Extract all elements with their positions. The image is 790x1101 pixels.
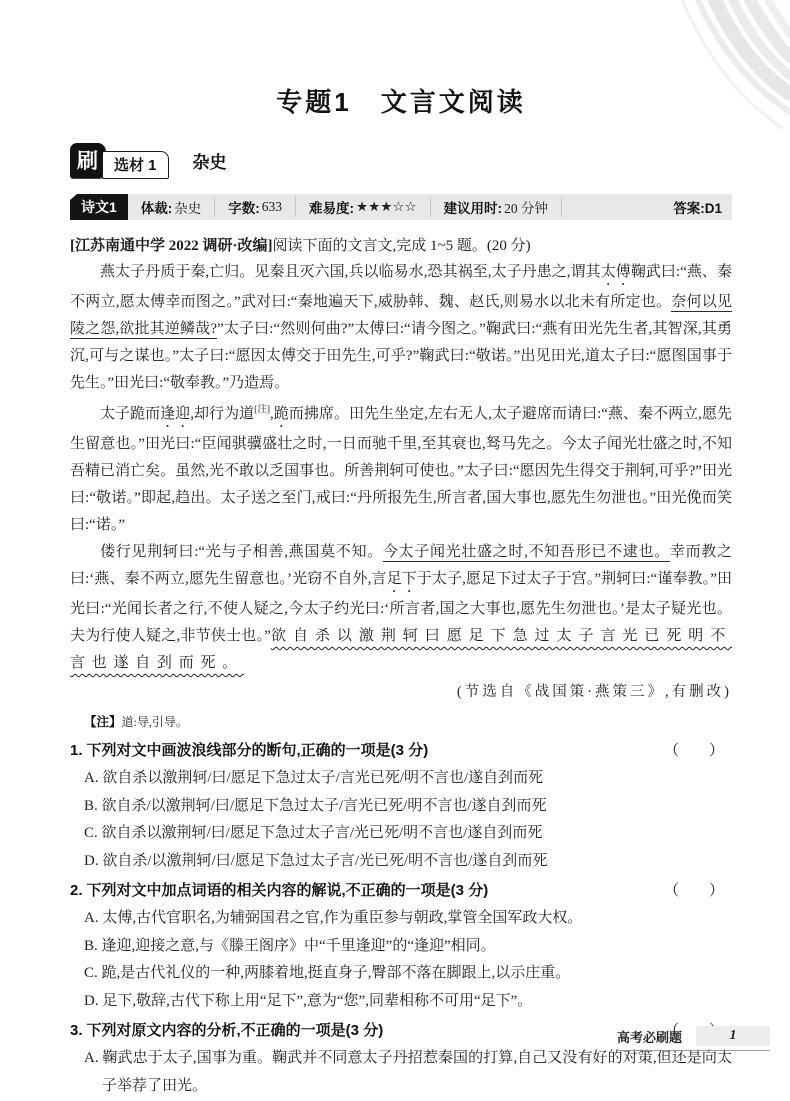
footnote: 【注】道:导,引导。 [70, 712, 732, 732]
passage-paragraph-2: 太子跪而逢迎,却行为道[注],跪而拂席。田先生坐定,左右无人,太子避席而请曰:“… [70, 397, 732, 539]
segment-plain: 燕太子丹质于秦,亡归。见秦且灭六国,兵以临易水,恐其祸至,太子丹患之,谓其 [100, 264, 601, 280]
option-A: A. 太傅,古代官职名,为辅弼国君之官,作为重臣参与朝政,掌管全国军政大权。 [84, 905, 732, 933]
material-category: 杂史 [193, 148, 227, 173]
info-field-label: 建议用时: [444, 197, 503, 217]
source-tag: [江苏南通中学 2022 调研·改编] [70, 238, 273, 254]
segment-plain: ,却行为道 [190, 406, 254, 422]
info-field-3: 建议用时:20 分钟 [431, 197, 562, 217]
info-field-label: 字数: [228, 197, 260, 217]
question-text: 下列对文中加点词语的相关内容的解说,不正确的一项是(3 分) [87, 877, 664, 905]
info-field-value: 633 [262, 199, 282, 215]
passage-paragraph-1: 燕太子丹质于秦,亡归。见秦且灭六国,兵以临易水,恐其祸至,太子丹患之,谓其太傅鞠… [70, 259, 732, 397]
poem-tag: 诗文1 [70, 194, 128, 220]
answer-bracket: （ ） [664, 877, 732, 905]
question-text: 下列对文中画波浪线部分的断句,正确的一项是(3 分) [87, 737, 664, 765]
question-stem: 1.下列对文中画波浪线部分的断句,正确的一项是(3 分)（ ） [70, 737, 732, 765]
info-field-label: 难易度: [309, 197, 354, 217]
page-number: 1 [696, 1026, 770, 1046]
option-A: A. 欲自杀以激荆轲/曰/愿足下急过太子/言光已死/明不言也/遂自刭而死 [84, 765, 732, 793]
instruction-text: 阅读下面的文言文,完成 1~5 题。(20 分) [273, 238, 531, 254]
segment-plain: 而拂席。田先生坐定,左右无人,太子避席而请曰:“燕、秦不两立,愿先生留意也。”田… [70, 406, 732, 533]
answer-label: 答案: [673, 201, 705, 216]
option-B: B. 逢迎,迎接之意,与《滕王阁序》中“千里逢迎”的“逢迎”相同。 [84, 933, 732, 961]
info-field-1: 字数:633 [215, 197, 296, 217]
option-D: D. 足下,敬辞,古代下称上用“足下”,意为“您”,同辈相称不可用“足下”。 [84, 988, 732, 1016]
question-2: 2.下列对文中加点词语的相关内容的解说,不正确的一项是(3 分)（ ）A. 太傅… [70, 877, 732, 1015]
passage-body: 燕太子丹质于秦,亡归。见秦且灭六国,兵以临易水,恐其祸至,太子丹患之,谓其太傅鞠… [70, 259, 732, 677]
info-fields: 体裁:杂史字数:633难易度:★★★☆☆建议用时:20 分钟 [128, 194, 562, 220]
segment-plain: 太子跪而 [100, 406, 160, 422]
segment-plain: 偻行见荆轲曰:“光与子相善,燕国莫不知。 [100, 544, 383, 560]
segment-dots: 太傅 [601, 264, 631, 280]
info-field-value: ★★★☆☆ [356, 199, 417, 215]
question-stem: 2.下列对文中加点词语的相关内容的解说,不正确的一项是(3 分)（ ） [70, 877, 732, 905]
passage-intro: [江苏南通中学 2022 调研·改编]阅读下面的文言文,完成 1~5 题。(20… [70, 233, 732, 259]
info-bar: 诗文1 体裁:杂史字数:633难易度:★★★☆☆建议用时:20 分钟 答案:D1 [70, 194, 732, 220]
page-footer: 高考必刷题 1 [617, 1026, 770, 1051]
material-badge: 选材 1 [102, 151, 169, 179]
info-field-2: 难易度:★★★☆☆ [296, 197, 431, 217]
brush-logo-icon: 刷 [70, 143, 105, 178]
question-1: 1.下列对文中画波浪线部分的断句,正确的一项是(3 分)（ ）A. 欲自杀以激荆… [70, 737, 732, 875]
footnote-label: 【注】 [84, 715, 122, 729]
option-A: A. 鞠武忠于太子,国事为重。鞠武并不同意太子丹招惹秦国的打算,自己又没有好的对… [84, 1045, 732, 1100]
question-number: 1. [70, 737, 83, 765]
segment-underline: 今太子闻光壮盛之时,不知吾形已不逮也。 [383, 544, 670, 562]
footnote-text: 道:导,引导。 [122, 715, 188, 729]
page-title: 专题1 文言文阅读 [70, 82, 732, 119]
segment-dots: 逢迎 [160, 406, 190, 422]
info-field-0: 体裁:杂史 [128, 197, 216, 217]
option-C: C. 跪,是古代礼仪的一种,两膝着地,挺直身子,臀部不落在脚跟上,以示庄重。 [84, 960, 732, 988]
footer-brand: 高考必刷题 [617, 1027, 682, 1046]
section-badge-row: 刷 选材 1 杂史 [70, 141, 732, 179]
option-B: B. 欲自杀/以激荆轲/曰/愿足下急过太子/言光已死/明不言也/遂自刭而死 [84, 793, 732, 821]
option-C: C. 欲自杀以激荆轲/曰/愿足下急过太子言/光已死/明不言也/遂自刭而死 [84, 820, 732, 848]
info-field-label: 体裁: [141, 197, 173, 217]
answer-ref: 答案:D1 [673, 197, 732, 217]
passage-paragraph-3: 偻行见荆轲曰:“光与子相善,燕国莫不知。今太子闻光壮盛之时,不知吾形已不逮也。幸… [70, 539, 732, 677]
question-text: 下列对原文内容的分析,不正确的一项是(3 分) [87, 1017, 664, 1045]
passage-attribution: (节选自《战国策·燕策三》,有删改) [70, 679, 732, 705]
answer-bracket: （ ） [664, 737, 732, 765]
question-number: 3. [70, 1017, 83, 1045]
info-field-value: 20 分钟 [504, 197, 548, 217]
segment-dots: 足下 [387, 571, 417, 587]
segment-dots: 跪 [274, 406, 289, 422]
question-number: 2. [70, 877, 83, 905]
segment-sup: [注] [254, 405, 270, 415]
option-D: D. 欲自杀/以激荆轲/曰/愿足下急过太子言/光已死/明不言也/遂自刭而死 [84, 848, 732, 876]
answer-value: D1 [705, 201, 722, 216]
info-field-value: 杂史 [174, 197, 201, 217]
workbook-page: 专题1 文言文阅读 刷 选材 1 杂史 诗文1 体裁:杂史字数:633难易度:★… [0, 82, 790, 1100]
